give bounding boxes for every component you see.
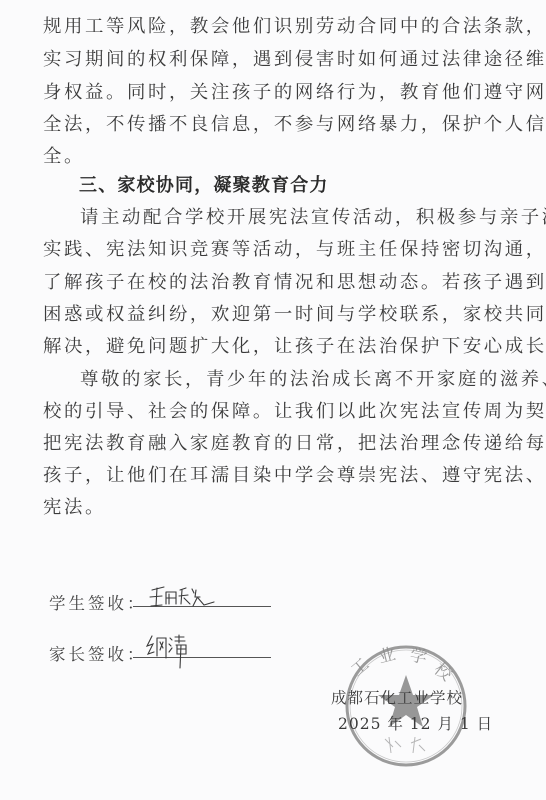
- paragraph-line: 把宪法教育融入家庭教育的日常，把法治理念传递给每一位: [43, 433, 503, 455]
- paragraph-line: 实习期间的权利保障，遇到侵害时如何通过法律途径维护自: [43, 49, 503, 71]
- paragraph-line: 身权益。同时，关注孩子的网络行为，教育他们遵守网络安: [43, 82, 503, 104]
- svg-text:学: 学: [408, 645, 429, 668]
- paragraph-line: 宪法。: [43, 497, 503, 519]
- paragraph-line: 全。: [43, 146, 503, 168]
- school-name: 成都石化工业学校: [331, 686, 463, 708]
- paragraph-line: 解决，避免问题扩大化，让孩子在法治保护下安心成长。: [43, 336, 503, 358]
- paragraph-line: 全法，不传播不良信息，不参与网络暴力，保护个人信息安: [43, 114, 503, 136]
- section-heading: 三、家校协同，凝聚教育合力: [79, 175, 329, 197]
- paragraph-line: 困惑或权益纠纷，欢迎第一时间与学校联系，家校共同协商: [43, 304, 503, 326]
- student-signature-label: 学生签收：: [49, 590, 147, 614]
- paragraph-line: 了解孩子在校的法治教育情况和思想动态。若孩子遇到法律: [43, 272, 503, 294]
- issue-date: 2025 年 12 月 1 日: [338, 712, 493, 734]
- parent-signature-label: 家长签收：: [49, 641, 147, 665]
- student-handwritten-signature: [148, 584, 220, 610]
- paragraph-line: 校的引导、社会的保障。让我们以此次宪法宣传周为契机，: [43, 401, 503, 423]
- paragraph-line: 请主动配合学校开展宪法宣传活动，积极参与亲子法治: [80, 207, 503, 229]
- svg-text:校: 校: [430, 659, 456, 686]
- paragraph-line: 规用工等风险，教会他们识别劳动合同中的合法条款，明确: [43, 16, 503, 38]
- parent-handwritten-signature: [144, 632, 196, 672]
- document-page: 规用工等风险，教会他们识别劳动合同中的合法条款，明确 实习期间的权利保障，遇到侵…: [0, 0, 546, 800]
- paragraph-line: 孩子，让他们在耳濡目染中学会尊崇宪法、遵守宪法、维护: [43, 465, 503, 487]
- paragraph-line: 尊敬的家长，青少年的法治成长离不开家庭的滋养、学: [80, 369, 503, 391]
- paragraph-line: 实践、宪法知识竞赛等活动，与班主任保持密切沟通，及时: [43, 239, 503, 261]
